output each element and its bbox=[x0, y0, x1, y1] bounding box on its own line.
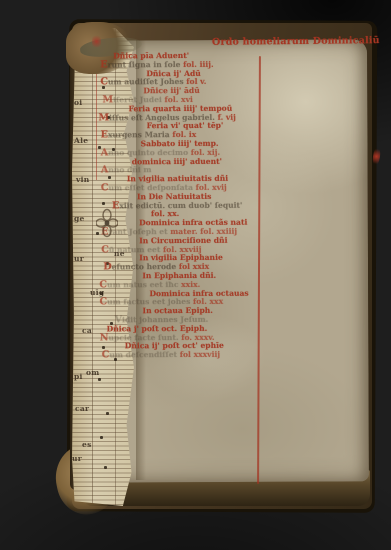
fragment-letter: ur bbox=[74, 254, 84, 263]
fragment-letter: ca bbox=[82, 326, 92, 335]
fragment-letter: vin bbox=[76, 175, 90, 184]
entry-line: Exiit edictū. cum duob' ſequit' bbox=[99, 201, 263, 211]
fragment-letter: om bbox=[86, 368, 100, 377]
rubric-text: fol xxxviij bbox=[180, 350, 220, 359]
neume-mark bbox=[100, 436, 103, 439]
manuscript-photo: nooiAlevingeneuruīgcaompicaresur Ordo ho… bbox=[0, 0, 391, 550]
fragment-letter: Ale bbox=[74, 136, 88, 145]
fragment-letter: car bbox=[75, 404, 89, 413]
ink-text: iſerūt Judei bbox=[113, 95, 164, 104]
ink-text: nno quinto decimo bbox=[108, 148, 191, 157]
rubric-text: M bbox=[99, 112, 110, 123]
rubric-text: C bbox=[102, 349, 110, 360]
ink-text: idit johannes Jeſum. bbox=[122, 315, 208, 324]
rubric-text: mater. fol. xxiiij bbox=[170, 227, 237, 236]
entry-line: Cum deſcendiſſet fol xxxviij bbox=[100, 351, 264, 361]
neume-mark bbox=[104, 466, 107, 469]
rubric-text: C bbox=[101, 244, 109, 255]
ink-text: runt ſigna in ſole bbox=[108, 60, 184, 69]
fragment-letter: ur bbox=[72, 454, 82, 463]
rubric-text: Feria quarta iiij' tempoū bbox=[128, 104, 232, 114]
rubric-text: In Circumciſione dñi bbox=[139, 235, 227, 244]
ink-text: um eſſet deſponſata bbox=[109, 183, 196, 192]
fragment-letter: pi bbox=[74, 372, 83, 381]
rubric-text: Dñica j' poſt oct. Epiph. bbox=[107, 324, 208, 334]
rubric-text: fol xxix bbox=[179, 262, 209, 271]
rubric-text: fol. xij. bbox=[191, 148, 220, 157]
rubric-text: fol. xvij bbox=[196, 183, 227, 192]
rubric-text: C bbox=[99, 279, 107, 290]
rubric-text: C bbox=[101, 182, 109, 193]
rubric-text: M bbox=[102, 94, 113, 105]
rubric-text: fol. iiij. bbox=[183, 60, 214, 69]
rubric-text: N bbox=[100, 332, 109, 343]
rubric-text: Dñica pīa Aduent' bbox=[113, 51, 189, 60]
rubric-text: C bbox=[100, 77, 108, 88]
rubric-text: xxix. bbox=[181, 280, 200, 289]
neume-mark bbox=[98, 378, 101, 381]
red-ink-mark bbox=[92, 35, 101, 48]
rubric-text: fol. xvi bbox=[164, 95, 192, 104]
fragment-letter: es bbox=[82, 440, 92, 449]
ink-text: um natus eet iħc bbox=[107, 280, 181, 289]
rubric-text: In Die Natiuitatis bbox=[137, 192, 211, 201]
fragment-letter: oi bbox=[74, 98, 82, 107]
text-block: Dñica pīa Aduent'Erunt ſigna in ſole fol… bbox=[98, 52, 264, 361]
rubric-text: C bbox=[99, 297, 107, 308]
fragment-letter: ge bbox=[74, 214, 85, 223]
quatrefoil-doodle-icon bbox=[96, 208, 118, 238]
rubric-text: In Epiphania dñi. bbox=[142, 271, 216, 280]
ink-text: um deſcendiſſet bbox=[109, 350, 179, 359]
ink-text: xiit edictū. cum duob' ſequit' bbox=[119, 200, 242, 210]
neume-mark bbox=[106, 412, 109, 415]
rubric-text: Sabbato iiij' temp. bbox=[141, 139, 219, 148]
rubric-text: fol. ix bbox=[172, 130, 196, 139]
page-title: Ordo homeliarum Dominicaliū bbox=[212, 35, 378, 48]
